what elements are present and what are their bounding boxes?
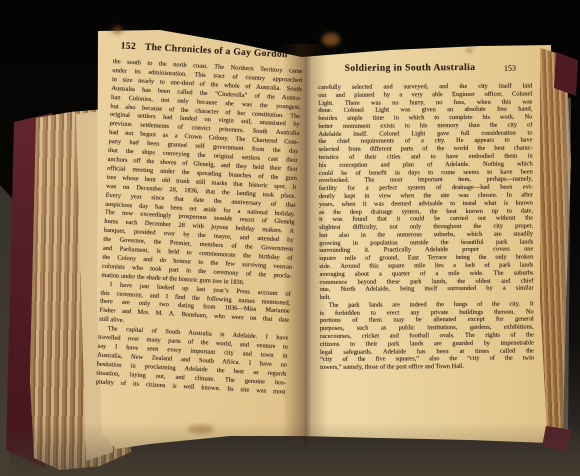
page-number-right: 153 <box>504 64 516 73</box>
right-page-text: carefully selected and surveyed, and the… <box>318 83 534 372</box>
left-page-content: 152 The Chronicles of a Gay Gordon the s… <box>96 40 304 397</box>
foxing-stain <box>112 26 123 34</box>
foxing-stain <box>322 33 340 46</box>
foxing-stain <box>188 425 214 434</box>
running-title-right: Soldiering in South Australia <box>345 62 476 74</box>
right-page-header: Soldiering in South Australia 153 <box>318 62 532 74</box>
page-number-left: 152 <box>120 40 136 52</box>
running-title-left: The Chronicles of a Gay Gordon <box>145 42 288 61</box>
text-line: towers,” namely, those of the post offic… <box>320 363 534 372</box>
right-page-content: Soldiering in South Australia 153 carefu… <box>318 62 534 372</box>
text-line: one, North Adelaide, being itself surrou… <box>320 285 534 294</box>
book-photo: 152 The Chronicles of a Gay Gordon the s… <box>0 0 580 476</box>
left-page-text: the south to the north coast. The Northe… <box>96 58 303 397</box>
foxing-stain <box>466 48 473 53</box>
